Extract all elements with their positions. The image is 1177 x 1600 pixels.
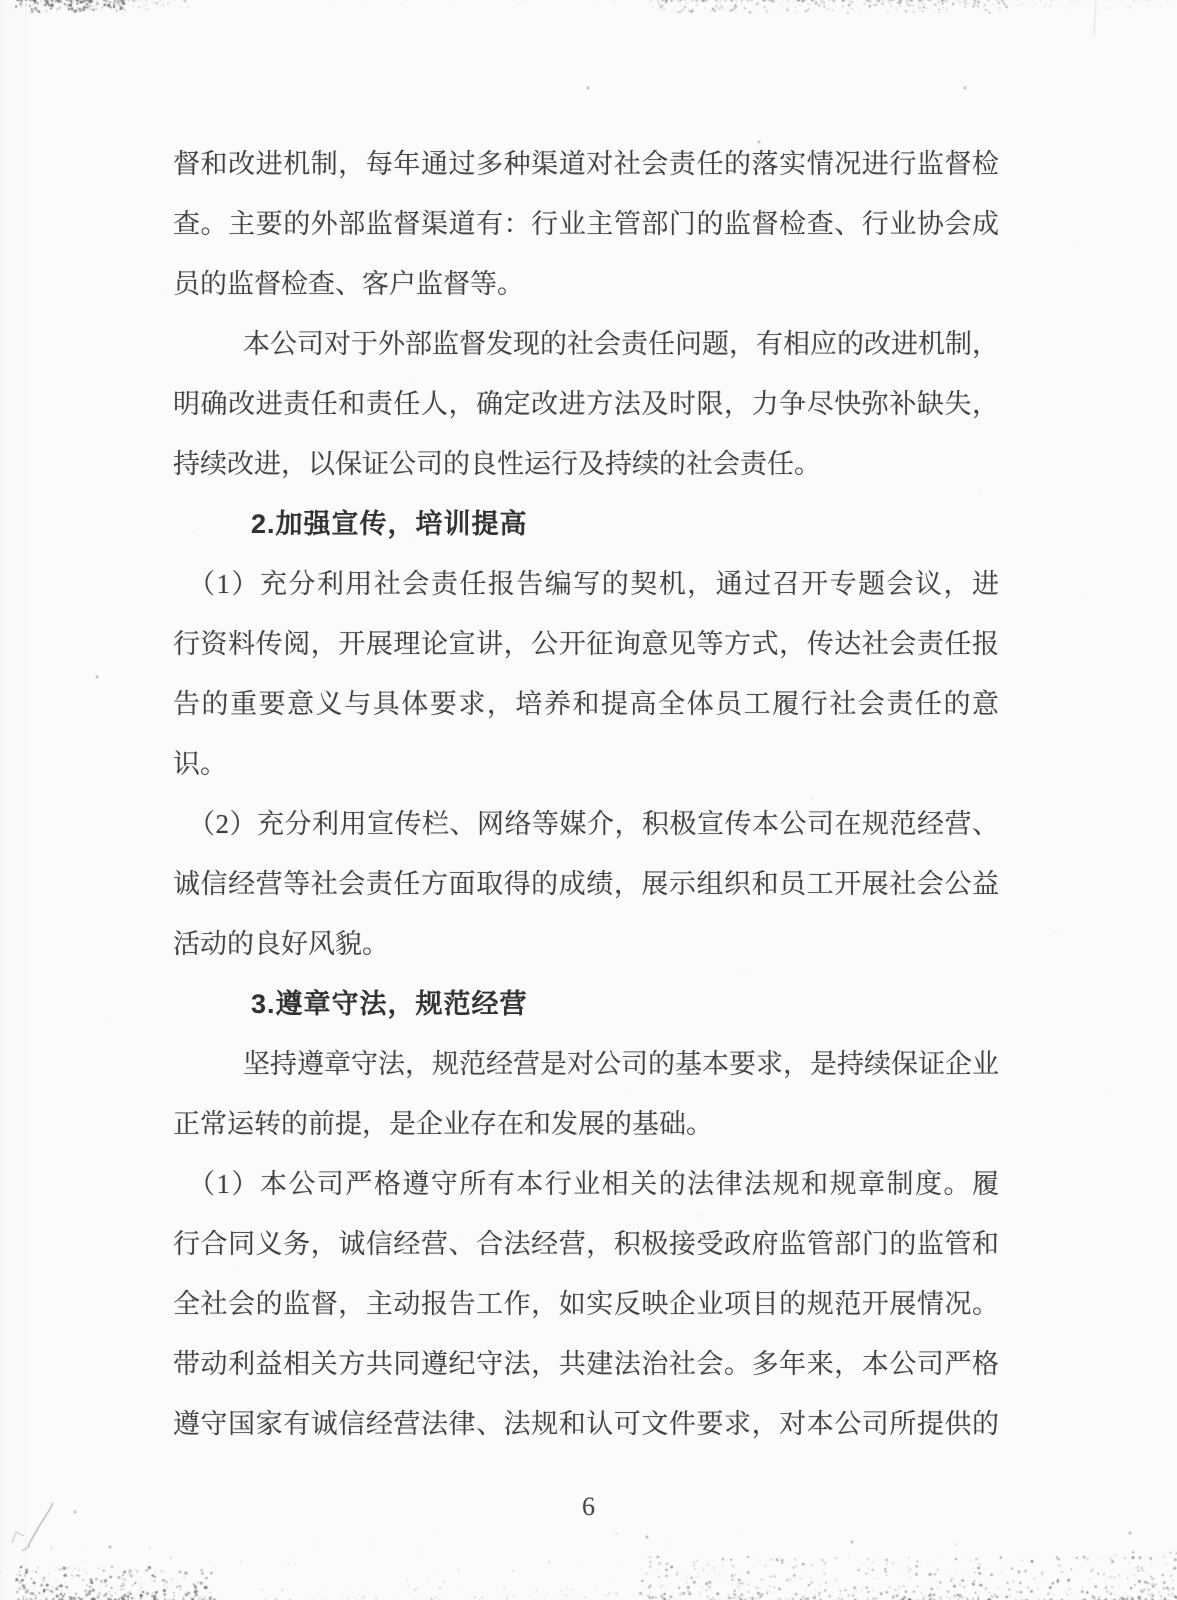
text-line: 活动的良好风貌。 xyxy=(173,914,999,974)
text-line: 持续改进，以保证公司的良性运行及持续的社会责任。 xyxy=(173,434,999,494)
paragraph: 本公司对于外部监督发现的社会责任问题，有相应的改进机制，明确改进责任和责任人，确… xyxy=(173,314,999,494)
text-line: （1）充分利用社会责任报告编写的契机，通过召开专题会议，进 xyxy=(173,554,999,614)
text-line: （2）充分利用宣传栏、网络等媒介，积极宣传本公司在规范经营、 xyxy=(173,794,999,854)
text-line: 行资料传阅，开展理论宣讲，公开征询意见等方式，传达社会责任报 xyxy=(173,614,999,674)
page-number: 6 xyxy=(0,1492,1177,1522)
text-line: 本公司对于外部监督发现的社会责任问题，有相应的改进机制， xyxy=(173,314,999,374)
text-line: 坚持遵章守法，规范经营是对公司的基本要求，是持续保证企业 xyxy=(173,1034,999,1094)
text-line: 告的重要意义与具体要求，培养和提高全体员工履行社会责任的意 xyxy=(173,674,999,734)
paragraph: （1）充分利用社会责任报告编写的契机，通过召开专题会议，进行资料传阅，开展理论宣… xyxy=(173,554,999,794)
text-line: 查。主要的外部监督渠道有：行业主管部门的监督检查、行业协会成 xyxy=(173,194,999,254)
text-line: 识。 xyxy=(173,734,999,794)
section-heading: 3.遵章守法，规范经营 xyxy=(173,974,999,1034)
text-line: 2.加强宣传，培训提高 xyxy=(173,494,999,554)
paragraph: 坚持遵章守法，规范经营是对公司的基本要求，是持续保证企业正常运转的前提，是企业存… xyxy=(173,1034,999,1154)
paragraph: 督和改进机制，每年通过多种渠道对社会责任的落实情况进行监督检查。主要的外部监督渠… xyxy=(173,134,999,314)
text-line: 遵守国家有诚信经营法律、法规和认可文件要求，对本公司所提供的 xyxy=(173,1394,999,1454)
text-line: （1）本公司严格遵守所有本行业相关的法律法规和规章制度。履 xyxy=(173,1154,999,1214)
text-line: 带动利益相关方共同遵纪守法，共建法治社会。多年来，本公司严格 xyxy=(173,1334,999,1394)
text-line: 行合同义务，诚信经营、合法经营，积极接受政府监管部门的监管和 xyxy=(173,1214,999,1274)
text-line: 督和改进机制，每年通过多种渠道对社会责任的落实情况进行监督检 xyxy=(173,134,999,194)
text-line: 员的监督检查、客户监督等。 xyxy=(173,254,999,314)
scanned-document-page: 督和改进机制，每年通过多种渠道对社会责任的落实情况进行监督检查。主要的外部监督渠… xyxy=(0,0,1177,1600)
document-body: 督和改进机制，每年通过多种渠道对社会责任的落实情况进行监督检查。主要的外部监督渠… xyxy=(173,134,999,1454)
text-line: 正常运转的前提，是企业存在和发展的基础。 xyxy=(173,1094,999,1154)
text-line: 3.遵章守法，规范经营 xyxy=(173,974,999,1034)
section-heading: 2.加强宣传，培训提高 xyxy=(173,494,999,554)
text-line: 诚信经营等社会责任方面取得的成绩，展示组织和员工开展社会公益 xyxy=(173,854,999,914)
paragraph: （2）充分利用宣传栏、网络等媒介，积极宣传本公司在规范经营、诚信经营等社会责任方… xyxy=(173,794,999,974)
text-line: 全社会的监督，主动报告工作，如实反映企业项目的规范开展情况。 xyxy=(173,1274,999,1334)
paper-edge-shadow xyxy=(0,0,26,1600)
text-line: 明确改进责任和责任人，确定改进方法及时限，力争尽快弥补缺失， xyxy=(173,374,999,434)
paragraph: （1）本公司严格遵守所有本行业相关的法律法规和规章制度。履行合同义务，诚信经营、… xyxy=(173,1154,999,1454)
